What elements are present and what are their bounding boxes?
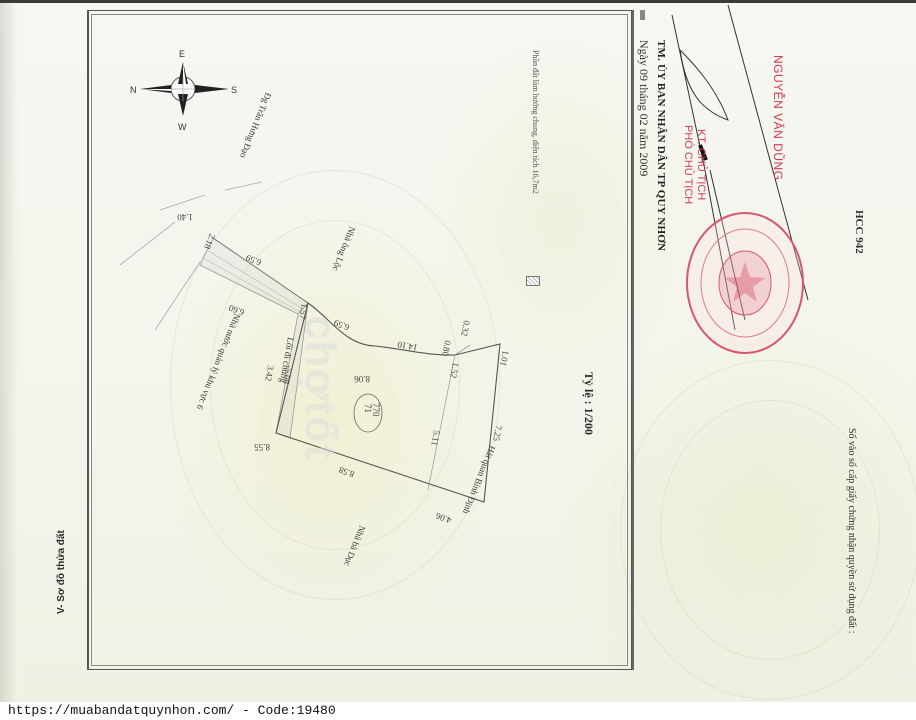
issuing-authority: TM. ỦY BAN NHÂN DÂN TP QUY NHƠN xyxy=(655,40,667,251)
svg-text:8.55: 8.55 xyxy=(254,442,270,452)
watermark: chợtốt xyxy=(295,315,345,460)
svg-text:6.60: 6.60 xyxy=(227,303,246,318)
scanned-certificate: E N S W 71 770 Đg Trần Hưng Đạo Nhà ông … xyxy=(0,0,916,702)
source-caption: https://muabandatquynhon.com/ - Code:194… xyxy=(8,703,336,718)
scale-label: Tỷ lệ : 1/200 xyxy=(581,372,596,435)
svg-text:3.42: 3.42 xyxy=(263,365,276,382)
svg-text:1.01: 1.01 xyxy=(498,350,511,367)
road-label: Đg Trần Hưng Đạo xyxy=(238,91,274,160)
compass-east: E xyxy=(179,49,185,59)
neighbor-right: Hải quan Bình Định xyxy=(461,444,498,516)
svg-text:0.32: 0.32 xyxy=(459,320,472,337)
signer-name: NGUYỄN VĂN DŨNG xyxy=(771,55,785,181)
svg-text:8.06: 8.06 xyxy=(354,374,370,384)
registry-note: Số vào sổ cấp giấy chứng nhận quyền sử d… xyxy=(846,428,857,634)
compass-south: S xyxy=(231,85,237,95)
neighbor-left: Nhà nước quản lý khu vực 6 xyxy=(195,312,243,411)
legend-note: Phần đất làm hướng chung, diện tích 16,7… xyxy=(531,50,540,194)
scan-top-border xyxy=(0,0,916,3)
road-line xyxy=(120,222,175,265)
svg-text:1.52: 1.52 xyxy=(448,362,461,379)
neighbor-bottom-left: Nhà bà Dục xyxy=(342,524,367,568)
section-title: V- Sơ đồ thửa đất xyxy=(56,530,67,614)
svg-text:7.25: 7.25 xyxy=(491,425,504,443)
svg-text:8.58: 8.58 xyxy=(337,465,356,480)
compass-north: N xyxy=(130,85,137,95)
official-stamp-icon xyxy=(687,213,803,353)
svg-text:14.10: 14.10 xyxy=(396,339,418,352)
signer-title-line1: KT. CHỦ TỊCH xyxy=(694,125,707,204)
compass-west: W xyxy=(178,122,187,132)
registry-number: HCC 942 xyxy=(853,210,865,254)
date-line: Ngày 09 tháng 02 năm 2009 xyxy=(636,40,651,176)
signer-title-line2: PHÓ CHỦ TỊCH xyxy=(681,125,694,204)
road-line xyxy=(225,182,262,190)
neighbor-top-right: Nhà ông Lộc xyxy=(331,225,358,272)
road-line xyxy=(155,262,200,330)
svg-text:5.11: 5.11 xyxy=(429,430,442,447)
road-line xyxy=(160,195,205,210)
compass-rose-icon: E N S W xyxy=(130,49,237,132)
signer-title: KT. CHỦ TỊCH PHÓ CHỦ TỊCH xyxy=(681,125,707,204)
svg-text:1.40: 1.40 xyxy=(177,212,193,222)
legend-hatch-swatch xyxy=(526,276,540,286)
svg-text:4.06: 4.06 xyxy=(434,511,453,526)
registry-number-value: HCC 942 xyxy=(853,210,865,254)
parcel-area: 770 xyxy=(371,403,381,417)
registry-note-text: Số vào sổ cấp giấy chứng nhận quyền sử d… xyxy=(846,428,857,634)
svg-text:0.80: 0.80 xyxy=(440,340,453,358)
